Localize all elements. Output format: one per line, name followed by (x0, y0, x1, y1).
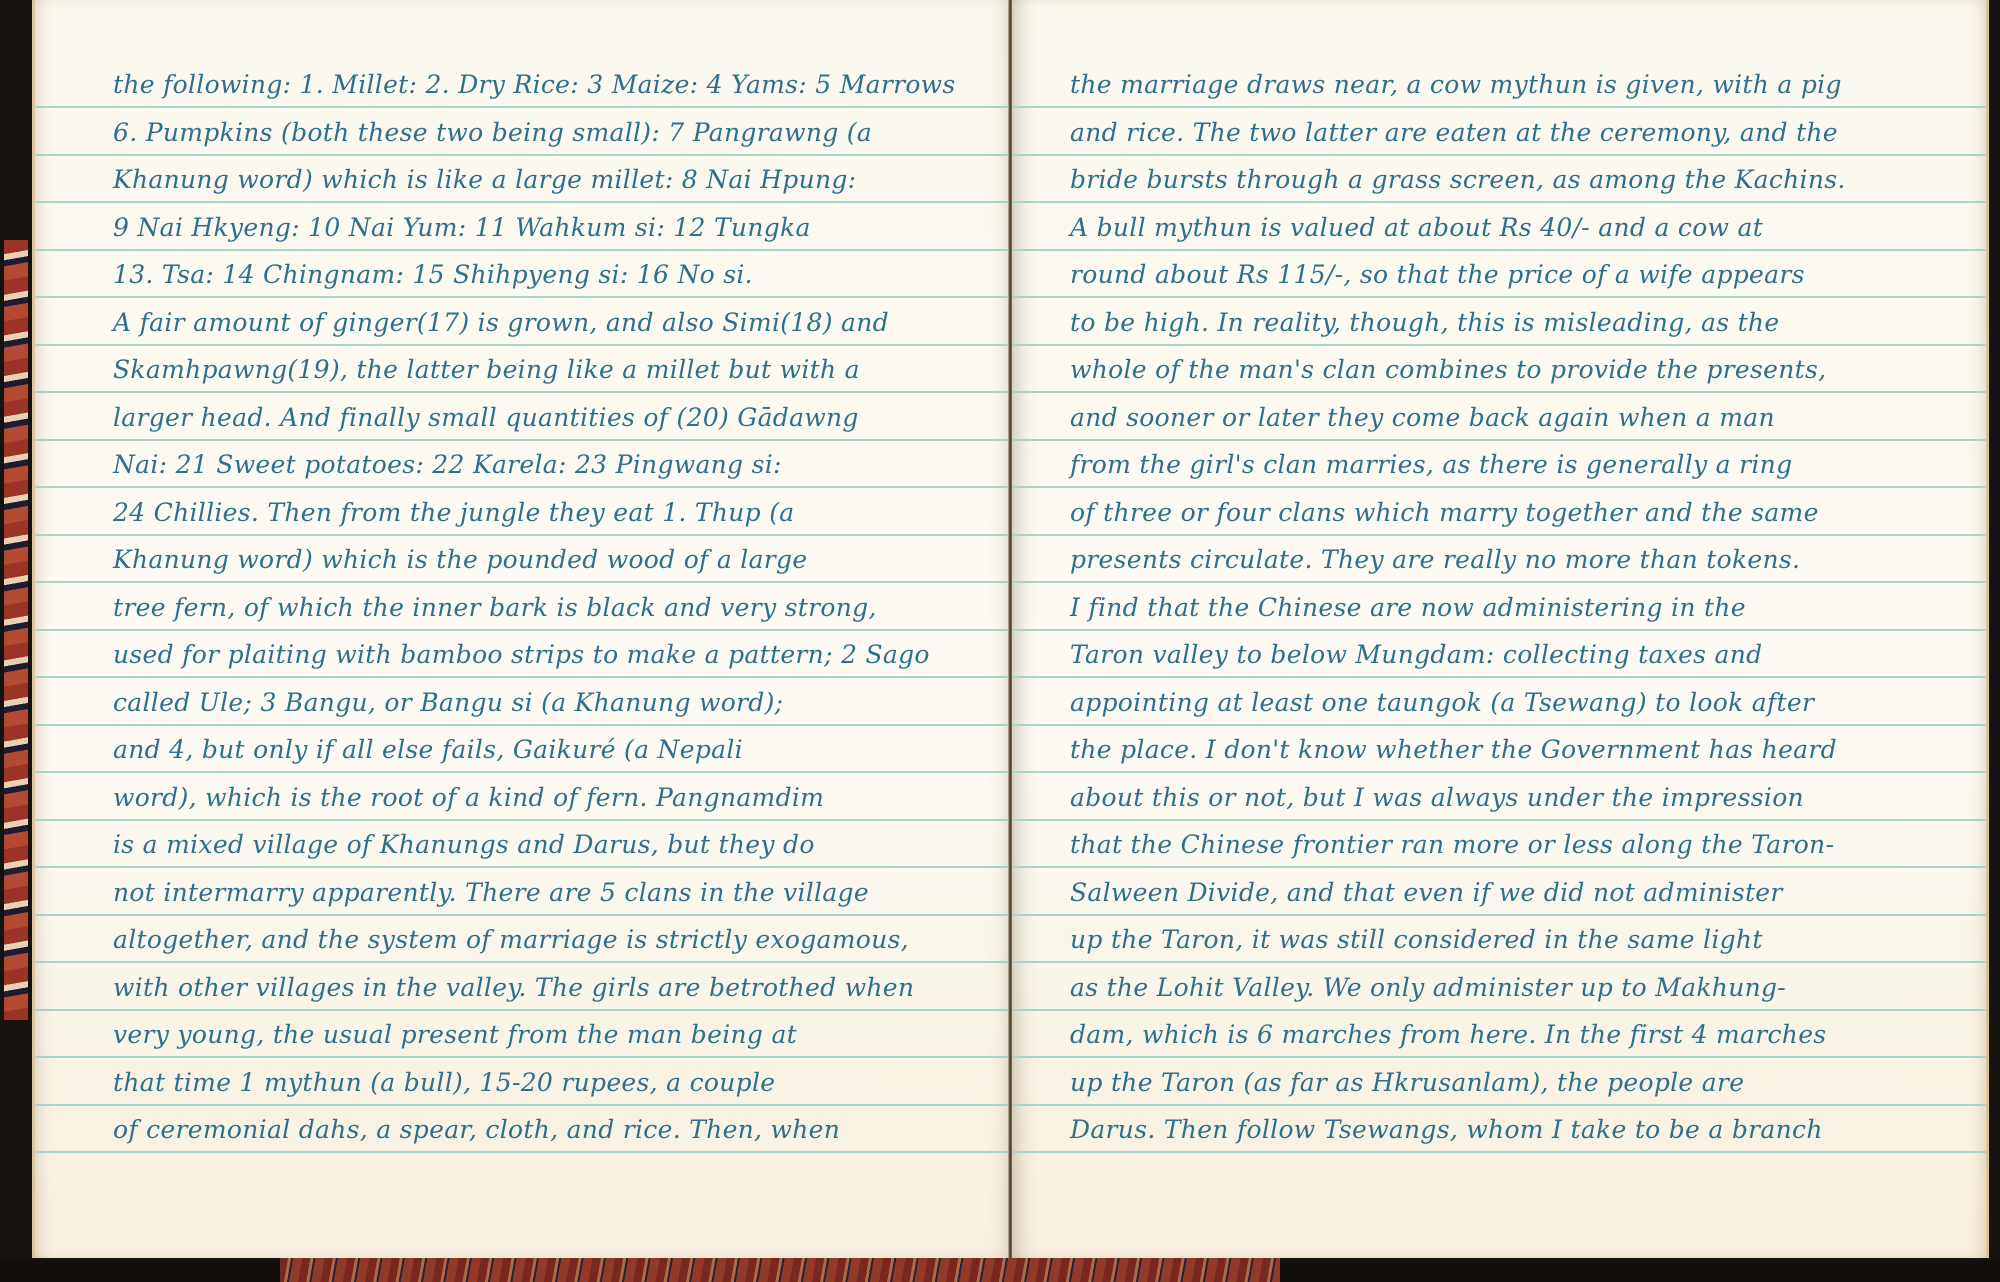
handwritten-line: of three or four clans which marry toget… (1070, 498, 1819, 527)
ruled-line (35, 391, 1015, 393)
handwritten-line: 9 Nai Hkyeng: 10 Nai Yum: 11 Wahkum si: … (113, 213, 811, 242)
handwritten-line: 24 Chillies. Then from the jungle they e… (113, 498, 795, 527)
handwritten-line: I find that the Chinese are now administ… (1070, 593, 1746, 622)
handwritten-line: round about Rs 115/-, so that the price … (1070, 260, 1805, 289)
handwritten-line: with other villages in the valley. The g… (113, 973, 914, 1002)
ruled-line (1012, 106, 1986, 108)
handwritten-line: very young, the usual present from the m… (113, 1020, 797, 1049)
ruled-line (35, 629, 1015, 631)
ruled-line (1012, 771, 1986, 773)
handwritten-line: 13. Tsa: 14 Chingnam: 15 Shihpyeng si: 1… (113, 260, 753, 289)
ruled-line (35, 1104, 1015, 1106)
marbled-bottom-edge (280, 1258, 1280, 1282)
ruled-line (35, 201, 1015, 203)
ruled-line (1012, 344, 1986, 346)
ruled-line (1012, 581, 1986, 583)
handwritten-line: Taron valley to below Mungdam: collectin… (1070, 640, 1762, 669)
ruled-line (1012, 534, 1986, 536)
right-page: the marriage draws near, a cow mythun is… (1012, 0, 1989, 1258)
handwritten-line: as the Lohit Valley. We only administer … (1070, 973, 1786, 1002)
handwritten-line: and rice. The two latter are eaten at th… (1070, 118, 1838, 147)
handwritten-line: Salween Divide, and that even if we did … (1070, 878, 1783, 907)
handwritten-line: Skamhpawng(19), the latter being like a … (113, 355, 860, 384)
handwritten-line: 6. Pumpkins (both these two being small)… (113, 118, 872, 147)
ruled-line (35, 534, 1015, 536)
handwritten-line: that the Chinese frontier ran more or le… (1070, 830, 1834, 859)
handwritten-line: A bull mythun is valued at about Rs 40/-… (1070, 213, 1763, 242)
ruled-line (35, 249, 1015, 251)
handwritten-line: about this or not, but I was always unde… (1070, 783, 1804, 812)
ruled-line (35, 581, 1015, 583)
ruled-line (35, 106, 1015, 108)
ruled-line (35, 866, 1015, 868)
ruled-line (35, 1009, 1015, 1011)
handwritten-line: altogether, and the system of marriage i… (113, 925, 909, 954)
handwritten-line: used for plaiting with bamboo strips to … (113, 640, 930, 669)
ruled-line (35, 771, 1015, 773)
handwritten-line: Khanung word) which is the pounded wood … (113, 545, 807, 574)
handwritten-line: dam, which is 6 marches from here. In th… (1070, 1020, 1826, 1049)
ruled-line (1012, 154, 1986, 156)
ruled-line (35, 1151, 1015, 1153)
handwritten-line: up the Taron, it was still considered in… (1070, 925, 1763, 954)
ruled-line (1012, 914, 1986, 916)
handwritten-line: A fair amount of ginger(17) is grown, an… (113, 308, 889, 337)
ruled-line (1012, 1151, 1986, 1153)
ruled-line (1012, 676, 1986, 678)
handwritten-line: and sooner or later they come back again… (1070, 403, 1775, 432)
ruled-line (1012, 201, 1986, 203)
handwritten-line: from the girl's clan marries, as there i… (1070, 450, 1792, 479)
handwritten-line: to be high. In reality, though, this is … (1070, 308, 1779, 337)
ruled-line (1012, 486, 1986, 488)
handwritten-line: not intermarry apparently. There are 5 c… (113, 878, 869, 907)
handwritten-line: tree fern, of which the inner bark is bl… (113, 593, 877, 622)
ruled-line (1012, 439, 1986, 441)
ruled-line (35, 296, 1015, 298)
handwritten-line: called Ule; 3 Bangu, or Bangu si (a Khan… (113, 688, 783, 717)
ruled-line (35, 344, 1015, 346)
handwritten-line: Khanung word) which is like a large mill… (113, 165, 856, 194)
ruled-line (35, 914, 1015, 916)
ruled-line (35, 676, 1015, 678)
handwritten-line: the place. I don't know whether the Gove… (1070, 735, 1837, 764)
handwritten-line: bride bursts through a grass screen, as … (1070, 165, 1846, 194)
ruled-line (1012, 724, 1986, 726)
ruled-line (35, 486, 1015, 488)
ruled-line (35, 724, 1015, 726)
ruled-line (1012, 961, 1986, 963)
handwritten-line: appointing at least one taungok (a Tsewa… (1070, 688, 1814, 717)
handwritten-line: is a mixed village of Khanungs and Darus… (113, 830, 815, 859)
ruled-line (35, 961, 1015, 963)
left-page: the following: 1. Millet: 2. Dry Rice: 3… (32, 0, 1015, 1258)
ruled-line (35, 439, 1015, 441)
handwritten-line: Nai: 21 Sweet potatoes: 22 Karela: 23 Pi… (113, 450, 782, 479)
ruled-line (1012, 296, 1986, 298)
handwritten-line: presents circulate. They are really no m… (1070, 545, 1800, 574)
ruled-line (1012, 819, 1986, 821)
handwritten-line: larger head. And finally small quantitie… (113, 403, 859, 432)
handwritten-line: the following: 1. Millet: 2. Dry Rice: 3… (113, 70, 956, 99)
ruled-line (1012, 391, 1986, 393)
handwritten-line: the marriage draws near, a cow mythun is… (1070, 70, 1842, 99)
ruled-line (1012, 1104, 1986, 1106)
ruled-line (1012, 1056, 1986, 1058)
handwritten-line: Darus. Then follow Tsewangs, whom I take… (1070, 1115, 1823, 1144)
ruled-line (1012, 1009, 1986, 1011)
ruled-line (1012, 629, 1986, 631)
handwritten-line: whole of the man's clan combines to prov… (1070, 355, 1826, 384)
marbled-page-edge (4, 240, 28, 1020)
handwritten-line: of ceremonial dahs, a spear, cloth, and … (113, 1115, 840, 1144)
ruled-line (35, 1056, 1015, 1058)
handwritten-line: that time 1 mythun (a bull), 15-20 rupee… (113, 1068, 775, 1097)
ruled-line (1012, 249, 1986, 251)
handwritten-line: and 4, but only if all else fails, Gaiku… (113, 735, 743, 764)
handwritten-line: up the Taron (as far as Hkrusanlam), the… (1070, 1068, 1744, 1097)
handwritten-line: word), which is the root of a kind of fe… (113, 783, 824, 812)
ruled-line (1012, 866, 1986, 868)
ruled-line (35, 154, 1015, 156)
ruled-line (35, 819, 1015, 821)
